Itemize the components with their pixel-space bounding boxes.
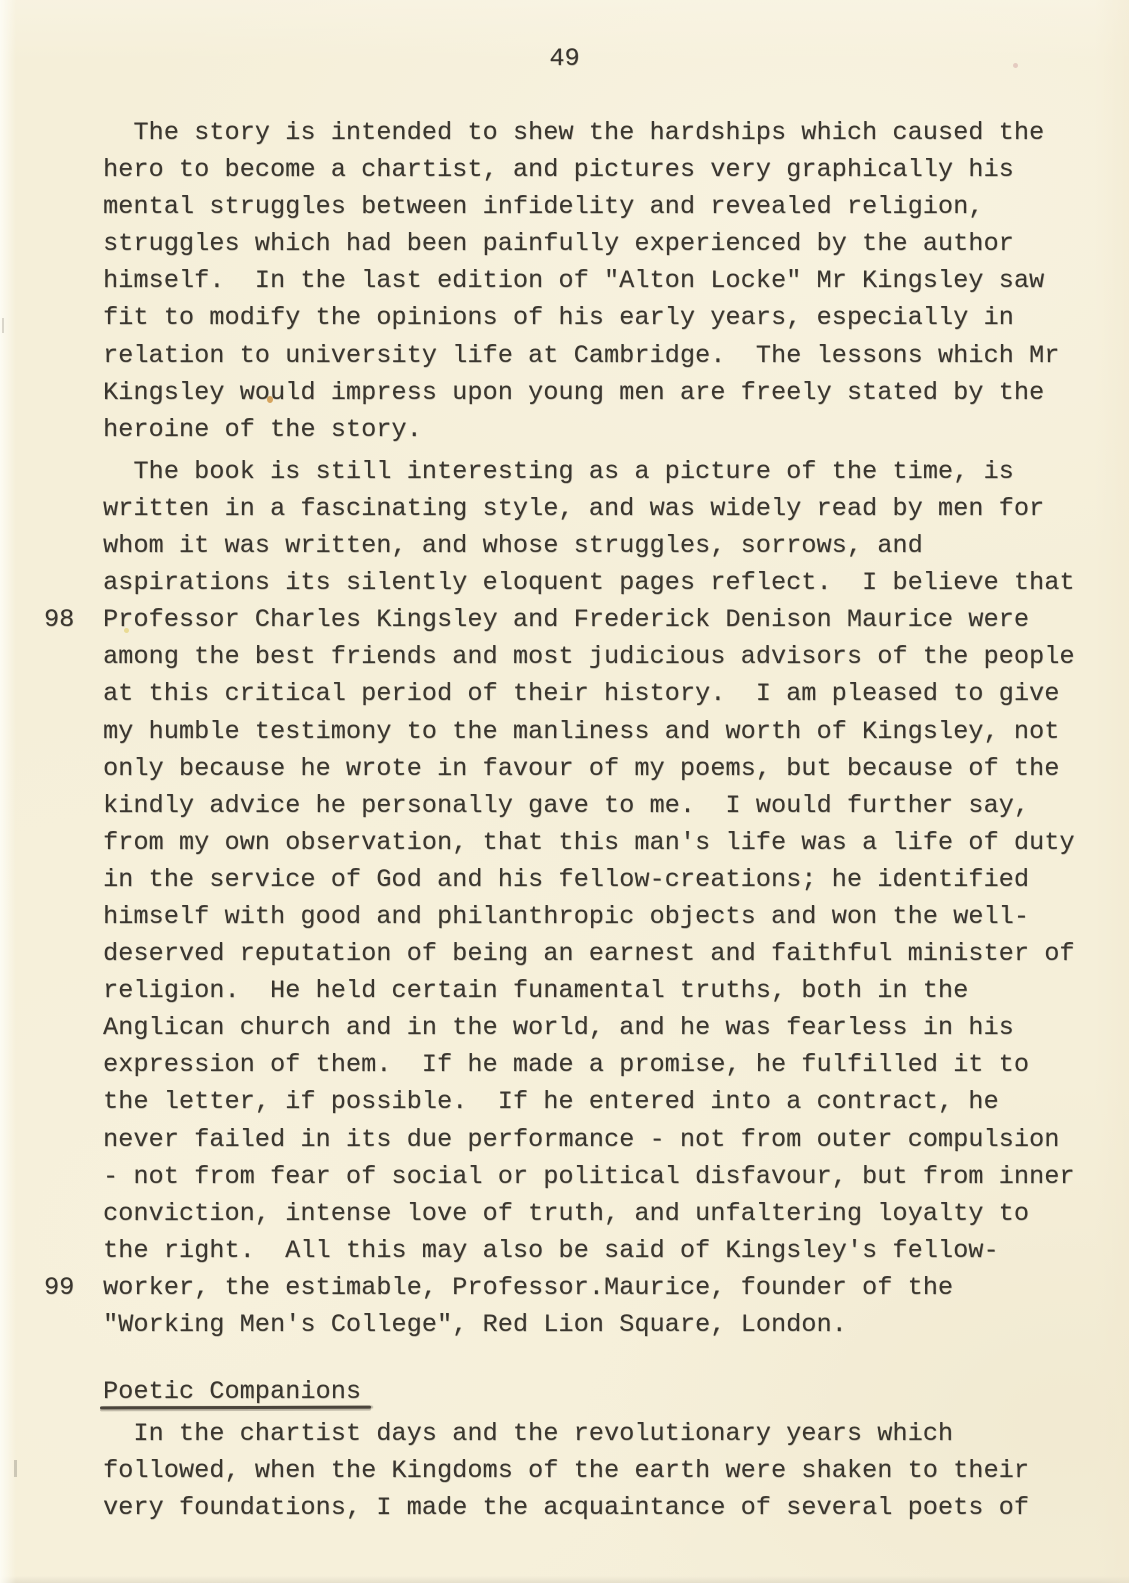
text-line: aspirations its silently eloquent pages … (103, 568, 1075, 597)
text-line: conviction, intense love of truth, and u… (103, 1199, 1029, 1228)
text-line: himself with good and philanthropic obje… (103, 902, 1029, 931)
text-line: among the best friends and most judiciou… (103, 642, 1075, 671)
text-line-row: very foundations, I made the acquaintanc… (103, 1489, 1088, 1526)
text-line-row: In the chartist days and the revolutiona… (103, 1415, 1088, 1452)
text-line: Anglican church and in the world, and he… (103, 1013, 1014, 1042)
text-line: Kingsley would impress upon young men ar… (103, 378, 1044, 407)
section-heading: Poetic Companions (103, 1373, 361, 1410)
text-line-row: followed, when the Kingdoms of the earth… (103, 1452, 1088, 1489)
text-line: only because he wrote in favour of my po… (103, 754, 1059, 783)
text-line: fit to modify the opinions of his early … (103, 303, 1014, 332)
text-line: whom it was written, and whose struggles… (103, 531, 923, 560)
text-line: "Working Men's College", Red Lion Square… (103, 1310, 847, 1339)
text-line-row: never failed in its due performance - no… (103, 1121, 1088, 1158)
text-line: the right. All this may also be said of … (103, 1236, 999, 1265)
text-line: himself. In the last edition of "Alton L… (103, 266, 1044, 295)
text-line: very foundations, I made the acquaintanc… (103, 1493, 1029, 1522)
text-line-row: the letter, if possible. If he entered i… (103, 1083, 1088, 1120)
text-line-row: kindly advice he personally gave to me. … (103, 787, 1088, 824)
text-line: heroine of the story. (103, 415, 422, 444)
text-line-row: from my own observation, that this man's… (103, 824, 1088, 861)
text-line: followed, when the Kingdoms of the earth… (103, 1456, 1029, 1485)
text-line-row: - not from fear of social or political d… (103, 1158, 1088, 1195)
text-line: deserved reputation of being an earnest … (103, 939, 1075, 968)
text-line: kindly advice he personally gave to me. … (103, 791, 1029, 820)
scan-speck (14, 1460, 17, 1477)
text-line-row: aspirations its silently eloquent pages … (103, 564, 1088, 601)
text-line-row: struggles which had been painfully exper… (103, 225, 1088, 262)
text-line-row: Kingsley would impress upon young men ar… (103, 374, 1088, 411)
text-line: - not from fear of social or political d… (103, 1162, 1075, 1191)
text-line-row: conviction, intense love of truth, and u… (103, 1195, 1088, 1232)
text-line: never failed in its due performance - no… (103, 1125, 1059, 1154)
text-line-row: my humble testimony to the manliness and… (103, 713, 1088, 750)
paragraph-block: In the chartist days and the revolutiona… (103, 1415, 1088, 1526)
text-line-row: himself. In the last edition of "Alton L… (103, 262, 1088, 299)
text-line-row: expression of them. If he made a promise… (103, 1046, 1088, 1083)
text-line-row: hero to become a chartist, and pictures … (103, 151, 1088, 188)
paragraph-block: The story is intended to shew the hardsh… (103, 114, 1088, 448)
text-line: relation to university life at Cambridge… (103, 341, 1059, 370)
text-line: religion. He held certain funamental tru… (103, 976, 968, 1005)
text-line-row: written in a fascinating style, and was … (103, 490, 1088, 527)
text-line: in the service of God and his fellow-cre… (103, 865, 1029, 894)
text-line-row: Anglican church and in the world, and he… (103, 1009, 1088, 1046)
document-content: The story is intended to shew the hardsh… (103, 114, 1088, 1526)
text-line-row: deserved reputation of being an earnest … (103, 935, 1088, 972)
text-line-row: himself with good and philanthropic obje… (103, 898, 1088, 935)
text-line-row: "Working Men's College", Red Lion Square… (103, 1306, 1088, 1343)
section-heading-block: Poetic Companions (103, 1373, 1088, 1410)
margin-number: 98 (44, 601, 74, 638)
text-line-row: The story is intended to shew the hardsh… (103, 114, 1088, 151)
text-line: The story is intended to shew the hardsh… (103, 118, 1044, 147)
text-line: written in a fascinating style, and was … (103, 494, 1044, 523)
text-line: from my own observation, that this man's… (103, 828, 1075, 857)
text-line-row: whom it was written, and whose struggles… (103, 527, 1088, 564)
text-line-row: the right. All this may also be said of … (103, 1232, 1088, 1269)
margin-number: 99 (44, 1269, 74, 1306)
text-line: expression of them. If he made a promise… (103, 1050, 1029, 1079)
text-line-row: 99worker, the estimable, Professor.Mauri… (103, 1269, 1088, 1306)
text-line-row: only because he wrote in favour of my po… (103, 750, 1088, 787)
page-number: 49 (0, 40, 1129, 77)
text-line-row: among the best friends and most judiciou… (103, 638, 1088, 675)
scan-speck (2, 318, 4, 333)
text-line: mental struggles between infidelity and … (103, 192, 983, 221)
text-line: In the chartist days and the revolutiona… (103, 1419, 953, 1448)
text-line-row: in the service of God and his fellow-cre… (103, 861, 1088, 898)
scanned-document-page: 49 The story is intended to shew the har… (0, 0, 1129, 1583)
text-line-row: relation to university life at Cambridge… (103, 337, 1088, 374)
text-line: struggles which had been painfully exper… (103, 229, 1014, 258)
text-line-row: 98Professor Charles Kingsley and Frederi… (103, 601, 1088, 638)
text-line: Professor Charles Kingsley and Frederick… (103, 605, 1029, 634)
text-line: worker, the estimable, Professor.Maurice… (103, 1273, 953, 1302)
text-line: the letter, if possible. If he entered i… (103, 1087, 999, 1116)
text-line-row: at this critical period of their history… (103, 675, 1088, 712)
text-line-row: The book is still interesting as a pictu… (103, 453, 1088, 490)
text-line: at this critical period of their history… (103, 679, 1059, 708)
text-line-row: mental struggles between infidelity and … (103, 188, 1088, 225)
paragraph-block: The book is still interesting as a pictu… (103, 453, 1088, 1343)
text-line: The book is still interesting as a pictu… (103, 457, 1014, 486)
text-line-row: fit to modify the opinions of his early … (103, 299, 1088, 336)
text-line-row: religion. He held certain funamental tru… (103, 972, 1088, 1009)
text-line: my humble testimony to the manliness and… (103, 717, 1059, 746)
text-line: hero to become a chartist, and pictures … (103, 155, 1014, 184)
text-line-row: heroine of the story. (103, 411, 1088, 448)
